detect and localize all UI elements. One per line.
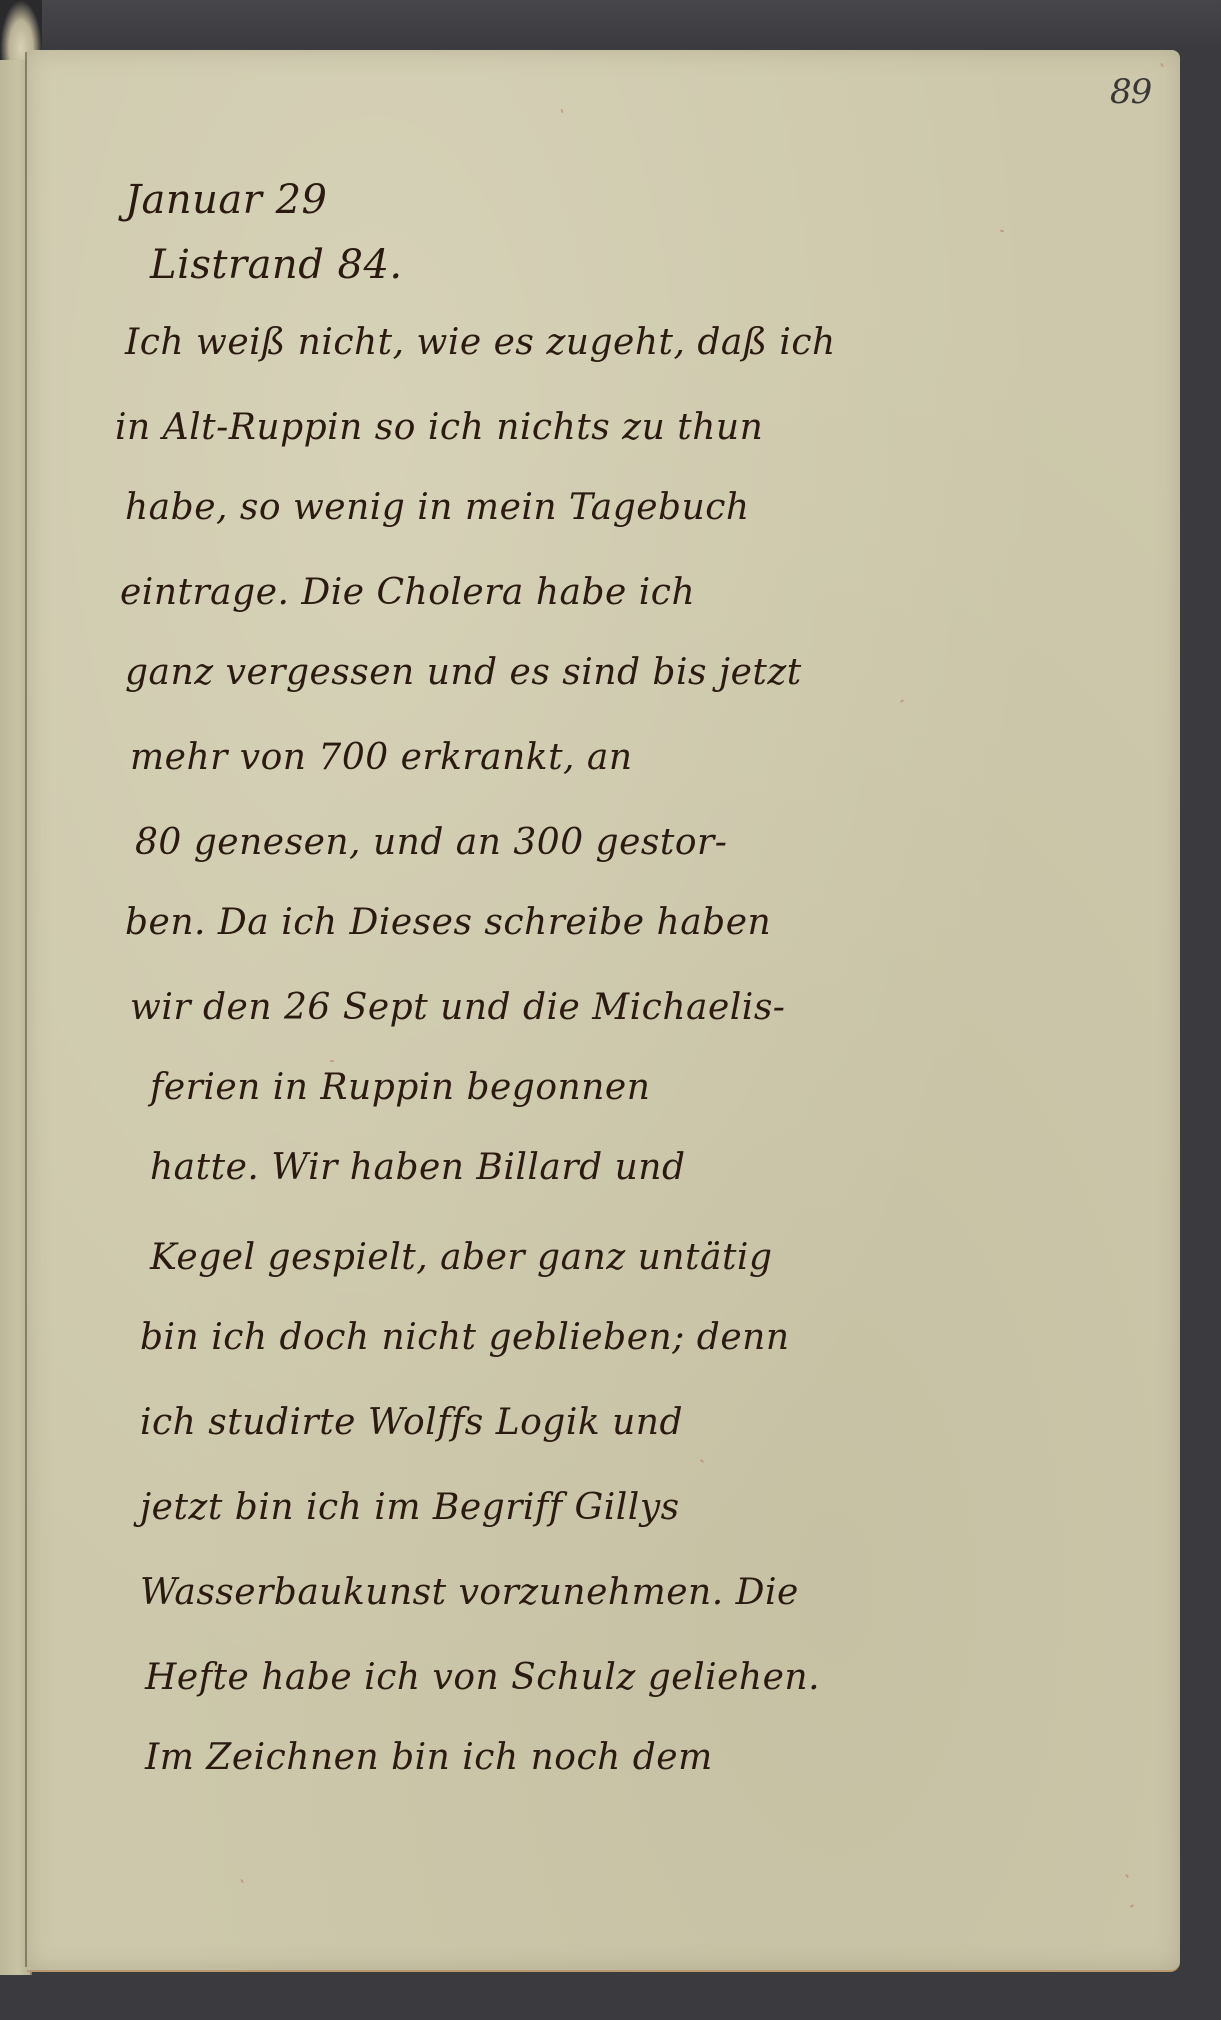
manuscript-line: wir den 26 Sept und die Michaelis-	[130, 990, 785, 1026]
entry-heading-date: Januar 29	[125, 180, 328, 220]
manuscript-scan: 89 Januar 29 Listrand 84. Ich weiß nicht…	[0, 0, 1221, 2020]
folio-number: 89	[1110, 72, 1151, 112]
manuscript-line: mehr von 700 erkrankt, an	[130, 740, 633, 776]
manuscript-line: Kegel gespielt, aber ganz untätig	[150, 1240, 773, 1276]
manuscript-line: Im Zeichnen bin ich noch dem	[145, 1740, 713, 1776]
manuscript-line: Ich weiß nicht, wie es zugeht, daß ich	[125, 325, 836, 361]
manuscript-line: eintrage. Die Cholera habe ich	[120, 575, 695, 611]
manuscript-line: ich studirte Wolffs Logik und	[140, 1405, 683, 1441]
manuscript-line: ben. Da ich Dieses schreibe haben	[125, 905, 771, 941]
manuscript-line: in Alt-Ruppin so ich nichts zu thun	[115, 410, 763, 446]
manuscript-line: jetzt bin ich im Begriff Gillys	[140, 1490, 680, 1526]
scanner-background	[0, 0, 1221, 52]
binding-fold-line	[25, 52, 27, 1967]
manuscript-line: habe, so wenig in mein Tagebuch	[125, 490, 750, 526]
entry-heading-subtitle: Listrand 84.	[150, 245, 403, 285]
manuscript-line: ganz vergessen und es sind bis jetzt	[125, 655, 802, 691]
manuscript-line: Wasserbaukunst vorzunehmen. Die	[140, 1575, 799, 1611]
manuscript-line: hatte. Wir haben Billard und	[150, 1150, 686, 1186]
manuscript-line: bin ich doch nicht geblieben; denn	[140, 1320, 790, 1356]
manuscript-line: ferien in Ruppin begonnen	[150, 1070, 650, 1106]
manuscript-line: Hefte habe ich von Schulz geliehen.	[145, 1660, 820, 1696]
manuscript-line: 80 genesen, und an 300 gestor-	[135, 825, 727, 861]
paper-speck	[330, 1060, 334, 1062]
